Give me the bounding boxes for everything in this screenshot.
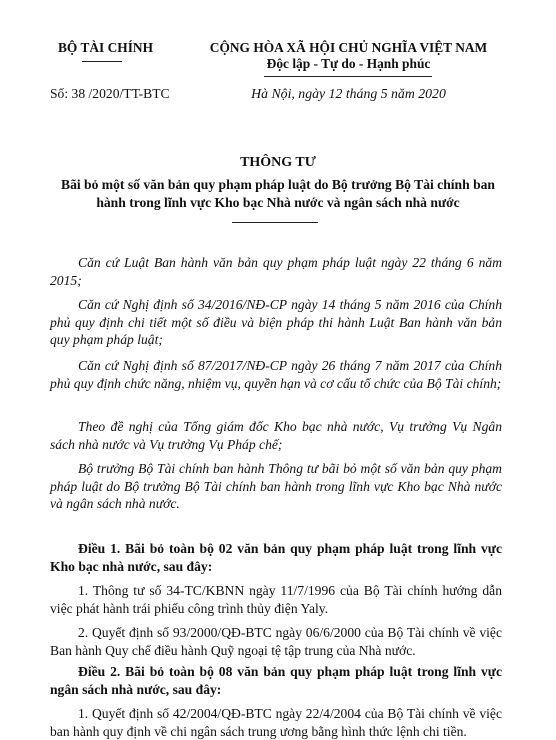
article-2-item-1: 1. Quyết định số 42/2004/QĐ-BTC ngày 22/… xyxy=(50,705,502,740)
issuing-agency: BỘ TÀI CHÍNH xyxy=(58,40,153,56)
document-subject-line-1: Bãi bỏ một số văn bản quy phạm pháp luật… xyxy=(0,177,556,193)
agency-underline xyxy=(82,61,122,62)
preamble-issuance: Bộ trưởng Bộ Tài chính ban hành Thông tư… xyxy=(50,460,502,513)
country-name: CỘNG HÒA XÃ HỘI CHỦ NGHĨA VIỆT NAM xyxy=(206,40,491,56)
document-number: Số: 38 /2020/TT-BTC xyxy=(50,86,170,102)
title-underline xyxy=(232,222,318,223)
article-2-heading: Điều 2. Bãi bỏ toàn bộ 08 văn bản quy ph… xyxy=(50,663,502,698)
article-1-item-2: 2. Quyết định số 93/2000/QĐ-BTC ngày 06/… xyxy=(50,624,502,659)
article-1-heading: Điều 1. Bãi bỏ toàn bộ 02 văn bản quy ph… xyxy=(50,540,502,575)
preamble-proposal: Theo đề nghị của Tổng giám đốc Kho bạc n… xyxy=(50,418,502,453)
preamble-law: Căn cứ Luật Ban hành văn bản quy phạm ph… xyxy=(50,254,502,289)
motto-underline xyxy=(264,76,432,77)
place-and-date: Hà Nội, ngày 12 tháng 5 năm 2020 xyxy=(206,86,491,102)
article-1-item-1: 1. Thông tư số 34-TC/KBNN ngày 11/7/1996… xyxy=(50,582,502,617)
document-type: THÔNG TƯ xyxy=(0,155,556,171)
preamble-decree-34: Căn cứ Nghị định số 34/2016/NĐ-CP ngày 1… xyxy=(50,296,502,349)
document-subject-line-2: hành trong lĩnh vực Kho bạc Nhà nước và … xyxy=(0,195,556,211)
national-motto: Độc lập - Tự do - Hạnh phúc xyxy=(206,56,491,72)
preamble-decree-87: Căn cứ Nghị định số 87/2017/NĐ-CP ngày 2… xyxy=(50,357,502,392)
